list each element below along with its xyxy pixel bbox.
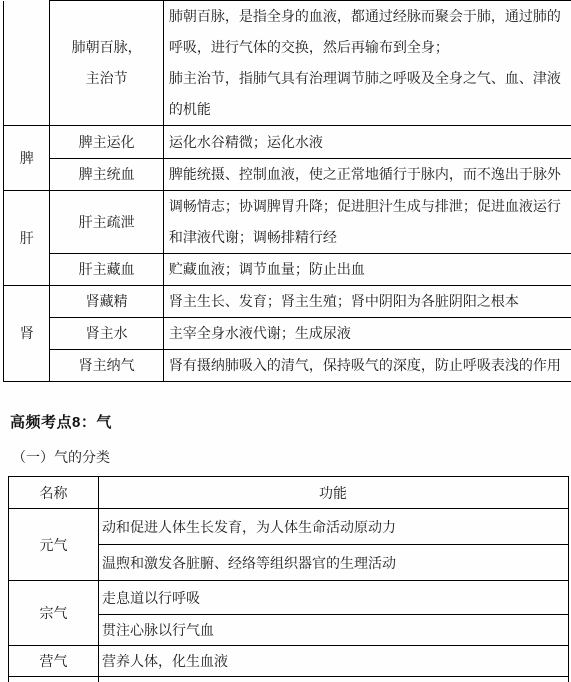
cropped-cell xyxy=(9,677,99,682)
description-paragraph: 肺朝百脉，是指全身的血液，都通过经脉而聚会于肺，通过肺的呼吸，进行气体的交换，然… xyxy=(169,1,567,63)
function-line: 主治节 xyxy=(50,63,162,94)
function-cell: 肝主藏血 xyxy=(50,254,163,286)
description-cell: 肾主生长、发育；肾主生殖；肾中阴阳为各脏阴阳之根本 xyxy=(163,286,571,318)
description-cell: 贮藏血液；调节血量；防止出血 xyxy=(163,254,571,286)
table-row: 肝 肝主疏泄 调畅情志；协调脾胃升降；促进胆汁生成与排泄；促进血液运行和津液代谢… xyxy=(4,191,571,254)
qi-function-cell: 动和促进人体生长发育，为人体生命活动原动力 xyxy=(99,509,569,545)
organ-cell-spleen: 脾 xyxy=(4,126,50,191)
function-cell: 肺朝百脉， 主治节 xyxy=(50,1,163,126)
organ-cell-liver: 肝 xyxy=(4,191,50,286)
table-header-row: 名称 功能 xyxy=(9,477,569,509)
table-row: 肾 肾藏精 肾主生长、发育；肾主生殖；肾中阴阳为各脏阴阳之根本 xyxy=(4,286,571,318)
function-cell: 肾主水 xyxy=(50,318,163,350)
qi-classification-table: 名称 功能 元气 动和促进人体生长发育，为人体生命活动原动力 温煦和激发各脏腑、… xyxy=(8,476,569,682)
function-cell: 肾主纳气 xyxy=(50,350,163,382)
qi-function-cell: 营养人体，化生血液 xyxy=(99,646,569,677)
organ-cell-kidney: 肾 xyxy=(4,286,50,382)
description-paragraph: 肺主治节，指肺气具有治理调节肺之呼吸及全身之气、血、津液的机能 xyxy=(169,63,567,125)
table-row: 元气 动和促进人体生长发育，为人体生命活动原动力 xyxy=(9,509,569,545)
column-header-name: 名称 xyxy=(9,477,99,509)
table-row: 宗气 走息道以行呼吸 xyxy=(9,581,569,615)
description-cell: 肾有摄纳肺吸入的清气，保持吸气的深度，防止呼吸表浅的作用 xyxy=(163,350,571,382)
function-line: 肺朝百脉， xyxy=(50,32,162,63)
description-cell: 运化水谷精微；运化水液 xyxy=(163,126,571,159)
organ-cell-lung-empty xyxy=(4,1,50,126)
qi-name-cell: 宗气 xyxy=(9,581,99,646)
qi-name-cell: 营气 xyxy=(9,646,99,677)
organ-functions-table: 肺朝百脉， 主治节 肺朝百脉，是指全身的血液，都通过经脉而聚会于肺，通过肺的呼吸… xyxy=(3,0,571,382)
description-cell: 脾能统摄、控制血液，使之正常地循行于脉内，而不逸出于脉外 xyxy=(163,159,571,191)
function-cell: 脾主统血 xyxy=(50,159,163,191)
document-page: 肺朝百脉， 主治节 肺朝百脉，是指全身的血液，都通过经脉而聚会于肺，通过肺的呼吸… xyxy=(0,0,571,682)
section-heading: 高频考点8：气 xyxy=(10,411,112,432)
column-header-function: 功能 xyxy=(99,477,569,509)
description-cell: 主宰全身水液代谢；生成尿液 xyxy=(163,318,571,350)
function-cell: 肝主疏泄 xyxy=(50,191,163,254)
qi-function-cell: 贯注心脉以行气血 xyxy=(99,615,569,646)
description-cell: 肺朝百脉，是指全身的血液，都通过经脉而聚会于肺，通过肺的呼吸，进行气体的交换，然… xyxy=(163,1,571,126)
table-row: 肺朝百脉， 主治节 肺朝百脉，是指全身的血液，都通过经脉而聚会于肺，通过肺的呼吸… xyxy=(4,1,571,126)
qi-function-cell: 走息道以行呼吸 xyxy=(99,581,569,615)
table-row: 肝主藏血 贮藏血液；调节血量；防止出血 xyxy=(4,254,571,286)
function-cell: 脾主运化 xyxy=(50,126,163,159)
description-cell: 调畅情志；协调脾胃升降；促进胆汁生成与排泄；促进血液运行和津液代谢；调畅排精行经 xyxy=(163,191,571,254)
table-row: 肾主纳气 肾有摄纳肺吸入的清气，保持吸气的深度，防止呼吸表浅的作用 xyxy=(4,350,571,382)
section-subheading: （一）气的分类 xyxy=(12,447,110,467)
table-row: 肾主水 主宰全身水液代谢；生成尿液 xyxy=(4,318,571,350)
table-row-cropped xyxy=(9,677,569,682)
table-row: 脾主统血 脾能统摄、控制血液，使之正常地循行于脉内，而不逸出于脉外 xyxy=(4,159,571,191)
cropped-cell xyxy=(99,677,569,682)
table-row: 营气 营养人体，化生血液 xyxy=(9,646,569,677)
qi-name-cell: 元气 xyxy=(9,509,99,581)
function-cell: 肾藏精 xyxy=(50,286,163,318)
qi-function-cell: 温煦和激发各脏腑、经络等组织器官的生理活动 xyxy=(99,545,569,581)
table-row: 脾 脾主运化 运化水谷精微；运化水液 xyxy=(4,126,571,159)
